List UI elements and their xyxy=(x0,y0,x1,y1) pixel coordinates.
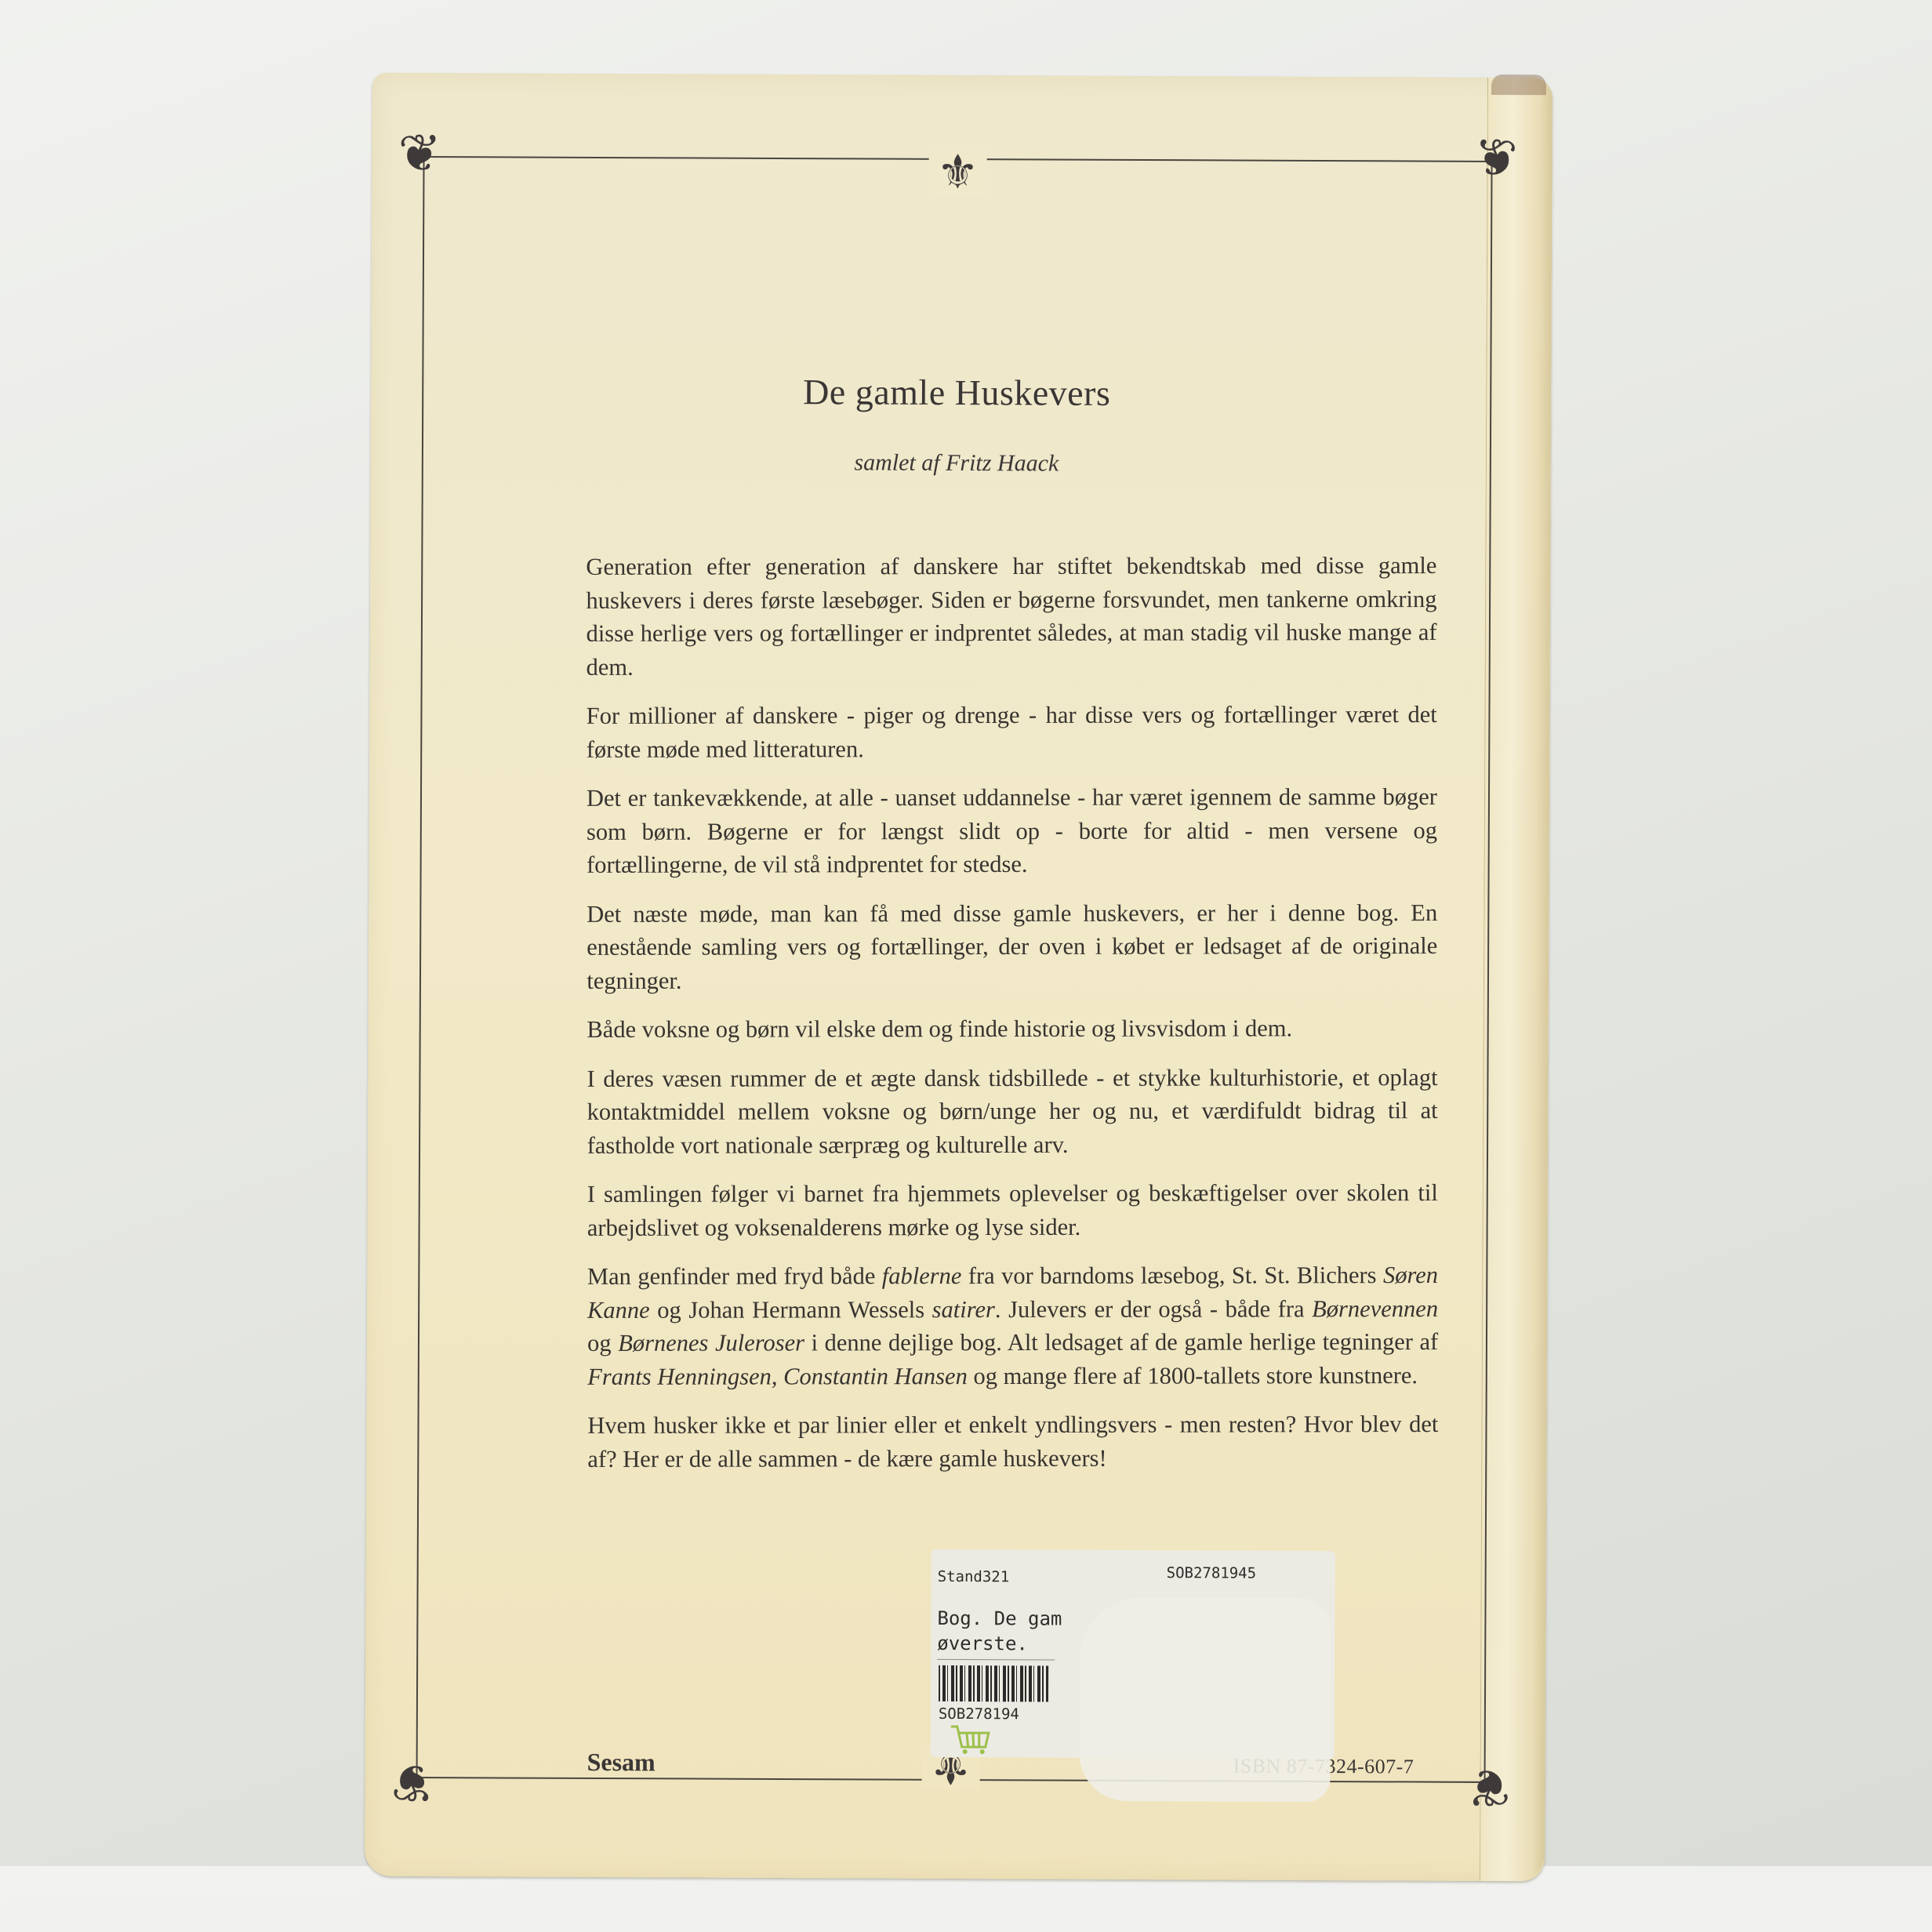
decorative-frame: ❦ ❦ ❦ ❦ ⚜ ⚜ De gamle Huskevers samlet af… xyxy=(416,156,1493,1783)
floral-corner-ornament-icon: ❦ xyxy=(1474,133,1518,184)
floral-corner-ornament-icon: ❦ xyxy=(390,1756,434,1808)
blurb-paragraph: Generation efter generation af danskere … xyxy=(586,549,1436,684)
book-subtitle: samlet af Fritz Haack xyxy=(423,448,1490,479)
book-title: De gamle Huskevers xyxy=(423,369,1490,416)
blurb-paragraph: Det næste møde, man kan få med disse gam… xyxy=(586,896,1437,997)
sticker-location: Stand321 xyxy=(938,1568,1010,1585)
barcode-number: SOB278194 xyxy=(939,1705,1019,1723)
fleuron-ornament-icon: ⚜ xyxy=(928,149,986,196)
blurb-paragraph: Det er tankevækkende, at alle - uanset u… xyxy=(586,780,1437,881)
publisher-name: Sesam xyxy=(587,1748,655,1777)
floral-corner-ornament-icon: ❦ xyxy=(398,128,441,180)
blurb-paragraph: For millioner af danskere - piger og dre… xyxy=(586,698,1437,766)
spine-wear-mark xyxy=(1491,74,1546,95)
blurb-paragraph: I deres væsen rummer de et ægte dansk ti… xyxy=(587,1061,1438,1162)
blurb-text: Generation efter generation af danskere … xyxy=(586,549,1438,1491)
sticker-divider xyxy=(937,1659,1055,1661)
blurb-paragraph: Hvem husker ikke et par linier eller et … xyxy=(587,1407,1438,1476)
sticker-worn-area xyxy=(1079,1597,1331,1802)
floral-corner-ornament-icon: ❦ xyxy=(1467,1761,1511,1813)
barcode xyxy=(939,1665,1048,1702)
blurb-paragraph: Man genfinder med fryd både fablerne fra… xyxy=(587,1258,1438,1393)
price-sticker: Stand321 SOB2781945 Bog. De gam øverste.… xyxy=(931,1549,1335,1759)
sticker-description: Bog. De gam øverste. xyxy=(937,1606,1062,1657)
blurb-paragraph: I samlingen følger vi barnet fra hjemmet… xyxy=(587,1176,1438,1244)
book-back-cover: ❦ ❦ ❦ ❦ ⚜ ⚜ De gamle Huskevers samlet af… xyxy=(365,73,1552,1882)
blurb-paragraph: Både voksne og børn vil elske dem og fin… xyxy=(586,1011,1437,1046)
shopping-cart-icon xyxy=(950,1723,997,1755)
sticker-code: SOB2781945 xyxy=(1167,1564,1256,1582)
